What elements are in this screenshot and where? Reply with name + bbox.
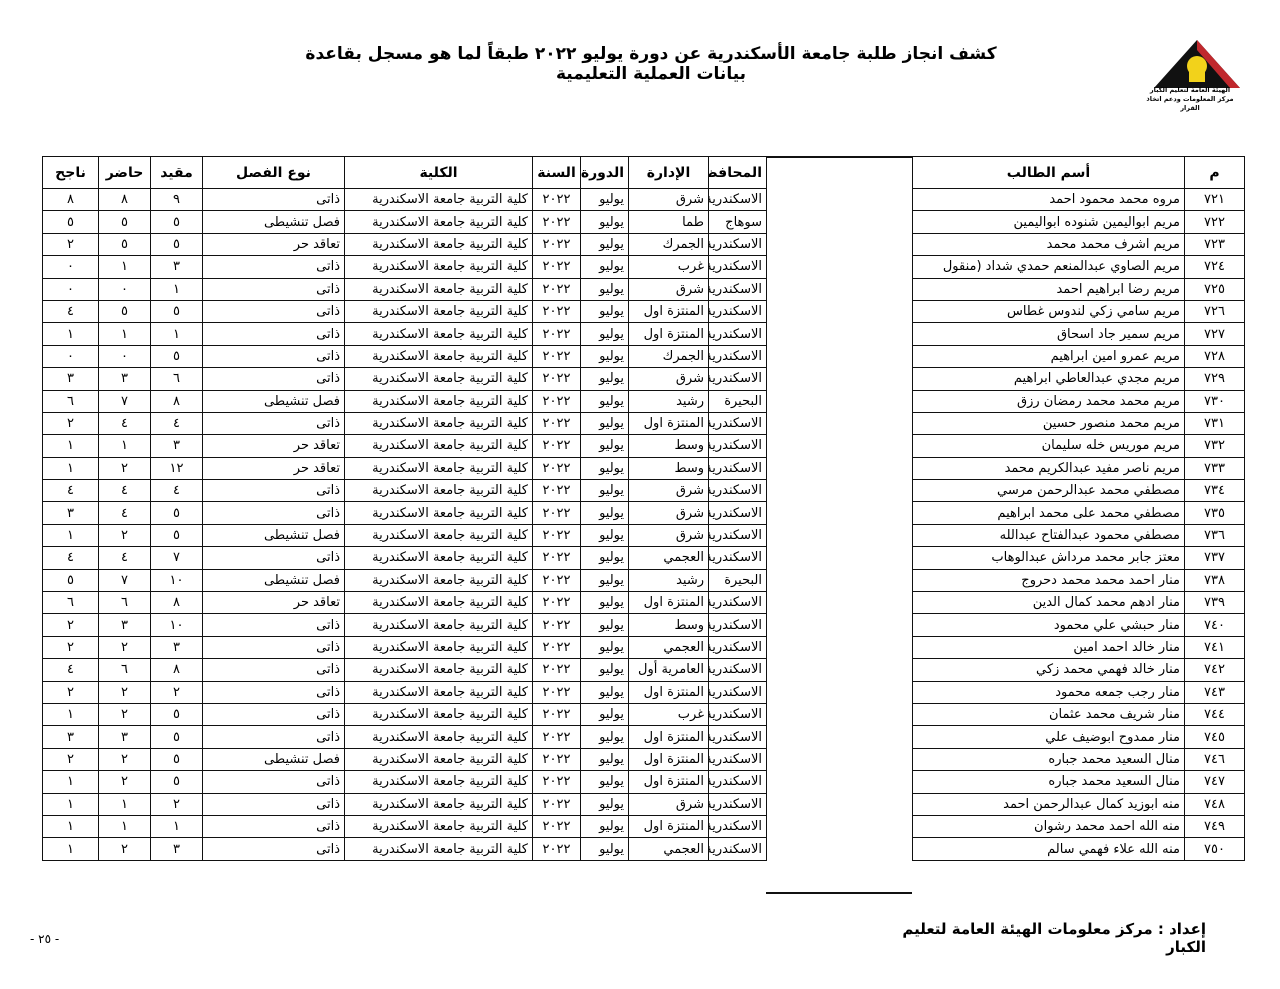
year-cell: ٢٠٢٢ [533,592,581,614]
enrolled-cell: ٤ [151,412,203,434]
year-cell: ٢٠٢٢ [533,726,581,748]
row-index: ٧٤٥ [1185,726,1245,748]
student-name: منار حبشي علي محمود [913,614,1185,636]
table-row: الاسكندريةالعجمييوليو٢٠٢٢كلية التربية جا… [43,636,767,658]
passed-cell: ٤ [43,547,99,569]
cycle-cell: يوليو [581,659,629,681]
passed-cell: ١ [43,703,99,725]
cycle-cell: يوليو [581,368,629,390]
table-row: الاسكندريةالمنتزة اوليوليو٢٠٢٢كلية الترب… [43,412,767,434]
table-row: ٧٣١مريم محمد منصور حسين [913,412,1245,434]
present-cell: ٧ [99,569,151,591]
table-row: ٧٣٤مصطفي محمد عبدالرحمن مرسي [913,480,1245,502]
cycle-cell: يوليو [581,189,629,211]
enrolled-cell: ٩ [151,189,203,211]
governorate-cell: الاسكندرية [709,278,767,300]
cycle-cell: يوليو [581,524,629,546]
passed-cell: ٠ [43,278,99,300]
governorate-cell: الاسكندرية [709,703,767,725]
governorate-cell: الاسكندرية [709,457,767,479]
present-cell: ١ [99,323,151,345]
enrolled-cell: ٨ [151,592,203,614]
year-cell: ٢٠٢٢ [533,793,581,815]
table-row: الاسكندريةالمنتزة اوليوليو٢٠٢٢كلية الترب… [43,592,767,614]
row-index: ٧٣١ [1185,412,1245,434]
class-type-cell: ذاتى [203,189,345,211]
governorate-cell: الاسكندرية [709,636,767,658]
table-row: ٧٢٨مريم عمرو امين ابراهيم [913,345,1245,367]
present-cell: ٧ [99,390,151,412]
cycle-cell: يوليو [581,815,629,837]
class-type-cell: ذاتى [203,771,345,793]
student-name: مروه محمد محمود احمد [913,189,1185,211]
table-row: ٧٤٩منه الله احمد محمد رشوان [913,815,1245,837]
governorate-cell: الاسكندرية [709,659,767,681]
enrolled-cell: ٨ [151,659,203,681]
administration-cell: الجمرك [629,233,709,255]
present-cell: ٣ [99,368,151,390]
table-row: ٧٣٣مريم ناصر مفيد عبدالكريم محمد [913,457,1245,479]
student-name: منه الله علاء فهمي سالم [913,838,1185,860]
table-row: ٧٤٣منار رجب جمعه محمود [913,681,1245,703]
enrolled-cell: ٣ [151,435,203,457]
class-type-cell: فصل تنشيطى [203,390,345,412]
present-cell: ٣ [99,614,151,636]
enrolled-cell: ٦ [151,368,203,390]
table-row: ٧٣٩منار ادهم محمد كمال الدين [913,592,1245,614]
passed-cell: ٣ [43,502,99,524]
cycle-cell: يوليو [581,681,629,703]
year-cell: ٢٠٢٢ [533,457,581,479]
table-row: الاسكندريةغربيوليو٢٠٢٢كلية التربية جامعة… [43,703,767,725]
passed-cell: ١ [43,838,99,860]
student-name: مريم سمير جاد اسحاق [913,323,1185,345]
administration-cell: شرق [629,189,709,211]
header-administration: الإدارة [629,157,709,189]
row-index: ٧٣٢ [1185,435,1245,457]
year-cell: ٢٠٢٢ [533,233,581,255]
passed-cell: ٥ [43,569,99,591]
year-cell: ٢٠٢٢ [533,368,581,390]
passed-cell: ٥ [43,211,99,233]
administration-cell: الجمرك [629,345,709,367]
table-row: الاسكندريةشرقيوليو٢٠٢٢كلية التربية جامعة… [43,189,767,211]
year-cell: ٢٠٢٢ [533,390,581,412]
governorate-cell: الاسكندرية [709,592,767,614]
enrolled-cell: ٣ [151,636,203,658]
administration-cell: العجمي [629,636,709,658]
cycle-cell: يوليو [581,748,629,770]
passed-cell: ٤ [43,480,99,502]
cycle-cell: يوليو [581,838,629,860]
cycle-cell: يوليو [581,300,629,322]
present-cell: ٢ [99,838,151,860]
table-row: ٧٢٤مريم الصاوي عبدالمنعم حمدي شداد (منقو… [913,256,1245,278]
row-index: ٧٤٨ [1185,793,1245,815]
administration-cell: شرق [629,793,709,815]
table-row: ٧٣٦مصطفي محمود عبدالفتاح عبدالله [913,524,1245,546]
administration-cell: المنتزة اول [629,771,709,793]
enrolled-cell: ٥ [151,524,203,546]
student-name: مريم مجدي عبدالعاطي ابراهيم [913,368,1185,390]
year-cell: ٢٠٢٢ [533,524,581,546]
governorate-cell: الاسكندرية [709,256,767,278]
college-cell: كلية التربية جامعة الاسكندرية [345,748,533,770]
table-row: ٧٥٠منه الله علاء فهمي سالم [913,838,1245,860]
passed-cell: ٢ [43,636,99,658]
enrolled-cell: ٢ [151,793,203,815]
cycle-cell: يوليو [581,592,629,614]
class-type-cell: ذاتى [203,838,345,860]
cycle-cell: يوليو [581,726,629,748]
class-type-cell: ذاتى [203,412,345,434]
year-cell: ٢٠٢٢ [533,345,581,367]
header-student-name: أسم الطالب [913,157,1185,189]
row-index: ٧٢٤ [1185,256,1245,278]
cycle-cell: يوليو [581,278,629,300]
table-row: ٧٢٧مريم سمير جاد اسحاق [913,323,1245,345]
governorate-cell: الاسكندرية [709,748,767,770]
college-cell: كلية التربية جامعة الاسكندرية [345,368,533,390]
enrolled-cell: ٥ [151,771,203,793]
student-name: مريم ابواليمين شنوده ابواليمين [913,211,1185,233]
logo-caption: الهيئة العامة لتعليم الكبار مركز المعلوم… [1140,86,1240,113]
passed-cell: ١ [43,815,99,837]
row-index: ٧٣٨ [1185,569,1245,591]
class-type-cell: ذاتى [203,278,345,300]
college-cell: كلية التربية جامعة الاسكندرية [345,838,533,860]
year-cell: ٢٠٢٢ [533,278,581,300]
table-row: الاسكندريةالمنتزة اوليوليو٢٠٢٢كلية الترب… [43,323,767,345]
table-row: البحيرةرشيديوليو٢٠٢٢كلية التربية جامعة ا… [43,569,767,591]
header-governorate: المحافظة [709,157,767,189]
class-type-cell: ذاتى [203,614,345,636]
row-index: ٧٣٩ [1185,592,1245,614]
table-row: الاسكندريةشرقيوليو٢٠٢٢كلية التربية جامعة… [43,278,767,300]
class-type-cell: ذاتى [203,793,345,815]
table-row: الاسكندريةالجمركيوليو٢٠٢٢كلية التربية جا… [43,345,767,367]
year-cell: ٢٠٢٢ [533,300,581,322]
cycle-cell: يوليو [581,614,629,636]
college-cell: كلية التربية جامعة الاسكندرية [345,278,533,300]
table-row: الاسكندريةالمنتزة اوليوليو٢٠٢٢كلية الترب… [43,681,767,703]
college-cell: كلية التربية جامعة الاسكندرية [345,256,533,278]
governorate-cell: الاسكندرية [709,681,767,703]
college-cell: كلية التربية جامعة الاسكندرية [345,726,533,748]
student-name: منار شريف محمد عثمان [913,703,1185,725]
cycle-cell: يوليو [581,457,629,479]
table-row: الاسكندريةشرقيوليو٢٠٢٢كلية التربية جامعة… [43,368,767,390]
governorate-cell: الاسكندرية [709,502,767,524]
cycle-cell: يوليو [581,390,629,412]
college-cell: كلية التربية جامعة الاسكندرية [345,457,533,479]
class-type-cell: فصل تنشيطى [203,748,345,770]
passed-cell: ٢ [43,681,99,703]
enrolled-cell: ٥ [151,502,203,524]
governorate-cell: الاسكندرية [709,345,767,367]
table-row: ٧٤٢منار خالد فهمي محمد زكي [913,659,1245,681]
row-index: ٧٢٧ [1185,323,1245,345]
class-type-cell: ذاتى [203,502,345,524]
present-cell: ٠ [99,345,151,367]
header-index: م [1185,157,1245,189]
table-row: الاسكندريةوسطيوليو٢٠٢٢كلية التربية جامعة… [43,614,767,636]
administration-cell: المنتزة اول [629,300,709,322]
header-year: السنة [533,157,581,189]
student-name: معتز جابر محمد مرداش عبدالوهاب [913,547,1185,569]
passed-cell: ١ [43,323,99,345]
row-index: ٧٤٢ [1185,659,1245,681]
table-row: الاسكندريةالعجمييوليو٢٠٢٢كلية التربية جا… [43,547,767,569]
college-cell: كلية التربية جامعة الاسكندرية [345,659,533,681]
administration-cell: شرق [629,524,709,546]
class-type-cell: ذاتى [203,323,345,345]
student-name: مصطفي محمد على محمد ابراهيم [913,502,1185,524]
year-cell: ٢٠٢٢ [533,771,581,793]
year-cell: ٢٠٢٢ [533,480,581,502]
class-type-cell: تعاقد حر [203,592,345,614]
present-cell: ٢ [99,703,151,725]
present-cell: ١ [99,815,151,837]
present-cell: ٤ [99,480,151,502]
year-cell: ٢٠٢٢ [533,703,581,725]
cycle-cell: يوليو [581,793,629,815]
present-cell: ٤ [99,547,151,569]
administration-cell: العجمي [629,547,709,569]
governorate-cell: البحيرة [709,569,767,591]
row-index: ٧٣٦ [1185,524,1245,546]
class-type-cell: ذاتى [203,480,345,502]
row-index: ٧٤٧ [1185,771,1245,793]
governorate-cell: الاسكندرية [709,189,767,211]
student-name: مريم محمد منصور حسين [913,412,1185,434]
students-table: م أسم الطالب ٧٢١مروه محمد محمود احمد٧٢٢م… [912,156,1245,861]
student-name: مريم موريس خله سليمان [913,435,1185,457]
cycle-cell: يوليو [581,480,629,502]
row-index: ٧٢٣ [1185,233,1245,255]
table-row: الاسكندريةالمنتزة اوليوليو٢٠٢٢كلية الترب… [43,815,767,837]
year-cell: ٢٠٢٢ [533,815,581,837]
governorate-cell: الاسكندرية [709,435,767,457]
class-type-cell: ذاتى [203,815,345,837]
administration-cell: المنتزة اول [629,748,709,770]
class-type-cell: تعاقد حر [203,457,345,479]
year-cell: ٢٠٢٢ [533,502,581,524]
header-class-type: نوع الفصل [203,157,345,189]
row-index: ٧٤٠ [1185,614,1245,636]
class-type-cell: ذاتى [203,345,345,367]
table-row: ٧٢٢مريم ابواليمين شنوده ابواليمين [913,211,1245,233]
year-cell: ٢٠٢٢ [533,569,581,591]
cycle-cell: يوليو [581,502,629,524]
passed-cell: ٦ [43,592,99,614]
passed-cell: ١ [43,771,99,793]
row-index: ٧٣٧ [1185,547,1245,569]
present-cell: ٤ [99,502,151,524]
college-cell: كلية التربية جامعة الاسكندرية [345,390,533,412]
administration-cell: العجمي [629,838,709,860]
enrolled-cell: ١٠ [151,569,203,591]
present-cell: ٥ [99,233,151,255]
present-cell: ١ [99,256,151,278]
governorate-cell: سوهاج [709,211,767,233]
year-cell: ٢٠٢٢ [533,323,581,345]
administration-cell: طما [629,211,709,233]
class-type-cell: ذاتى [203,256,345,278]
enrolled-cell: ٥ [151,233,203,255]
student-name: منار خالد فهمي محمد زكي [913,659,1185,681]
enrolled-cell: ١ [151,323,203,345]
table-row: الاسكندريةغربيوليو٢٠٢٢كلية التربية جامعة… [43,256,767,278]
administration-cell: المنتزة اول [629,592,709,614]
administration-cell: رشيد [629,569,709,591]
class-type-cell: ذاتى [203,726,345,748]
passed-cell: ١ [43,435,99,457]
class-type-cell: ذاتى [203,368,345,390]
passed-cell: ٢ [43,233,99,255]
present-cell: ٢ [99,771,151,793]
present-cell: ٢ [99,748,151,770]
table-row: ٧٤٦منال السعيد محمد جباره [913,748,1245,770]
class-type-cell: ذاتى [203,659,345,681]
administration-cell: المنتزة اول [629,681,709,703]
college-cell: كلية التربية جامعة الاسكندرية [345,524,533,546]
class-type-cell: ذاتى [203,300,345,322]
year-cell: ٢٠٢٢ [533,748,581,770]
passed-cell: ٠ [43,256,99,278]
passed-cell: ٢ [43,412,99,434]
row-index: ٧٥٠ [1185,838,1245,860]
cycle-cell: يوليو [581,569,629,591]
row-index: ٧٢٨ [1185,345,1245,367]
college-cell: كلية التربية جامعة الاسكندرية [345,300,533,322]
class-type-cell: ذاتى [203,636,345,658]
administration-cell: وسط [629,457,709,479]
class-type-cell: فصل تنشيطى [203,524,345,546]
enrolled-cell: ٧ [151,547,203,569]
table-row: ٧٤٨منه ابوزيد كمال عبدالرحمن احمد [913,793,1245,815]
administration-cell: المنتزة اول [629,726,709,748]
row-index: ٧٤٣ [1185,681,1245,703]
administration-cell: رشيد [629,390,709,412]
enrolled-cell: ١٢ [151,457,203,479]
passed-cell: ١ [43,524,99,546]
college-cell: كلية التربية جامعة الاسكندرية [345,614,533,636]
class-type-cell: ذاتى [203,547,345,569]
college-cell: كلية التربية جامعة الاسكندرية [345,480,533,502]
row-index: ٧٤١ [1185,636,1245,658]
student-name: منار ادهم محمد كمال الدين [913,592,1185,614]
row-index: ٧٤٩ [1185,815,1245,837]
year-cell: ٢٠٢٢ [533,681,581,703]
present-cell: ٣ [99,726,151,748]
cycle-cell: يوليو [581,256,629,278]
student-name: منار احمد محمد محمد دحروج [913,569,1185,591]
student-name: مريم اشرف محمد محمد [913,233,1185,255]
enrolled-cell: ٥ [151,211,203,233]
student-name: مريم ناصر مفيد عبدالكريم محمد [913,457,1185,479]
page-title: كشف انجاز طلبة جامعة الأسكندرية عن دورة … [280,44,1022,84]
year-cell: ٢٠٢٢ [533,189,581,211]
college-cell: كلية التربية جامعة الاسكندرية [345,592,533,614]
cycle-cell: يوليو [581,233,629,255]
header-cycle: الدورة [581,157,629,189]
college-cell: كلية التربية جامعة الاسكندرية [345,636,533,658]
governorate-cell: الاسكندرية [709,524,767,546]
enrolled-cell: ٥ [151,345,203,367]
student-name: مصطفي محمد عبدالرحمن مرسي [913,480,1185,502]
year-cell: ٢٠٢٢ [533,547,581,569]
college-cell: كلية التربية جامعة الاسكندرية [345,412,533,434]
enrolled-cell: ١٠ [151,614,203,636]
student-name: منار خالد احمد امين [913,636,1185,658]
class-type-cell: ذاتى [203,681,345,703]
administration-cell: شرق [629,502,709,524]
governorate-cell: الاسكندرية [709,300,767,322]
present-cell: ٨ [99,189,151,211]
administration-cell: شرق [629,368,709,390]
administration-cell: شرق [629,480,709,502]
header-passed: ناجح [43,157,99,189]
administration-cell: شرق [629,278,709,300]
class-type-cell: فصل تنشيطى [203,569,345,591]
table-row: ٧٤٥منار ممدوح ابوضيف علي [913,726,1245,748]
college-cell: كلية التربية جامعة الاسكندرية [345,771,533,793]
table-row: ٧٢٦مريم سامي زكي لندوس غطاس [913,300,1245,322]
table-row: ٧٣٥مصطفي محمد على محمد ابراهيم [913,502,1245,524]
governorate-cell: الاسكندرية [709,838,767,860]
present-cell: ٤ [99,412,151,434]
table-row: الاسكندريةشرقيوليو٢٠٢٢كلية التربية جامعة… [43,524,767,546]
row-index: ٧٢٢ [1185,211,1245,233]
present-cell: ٢ [99,524,151,546]
cycle-cell: يوليو [581,547,629,569]
year-cell: ٢٠٢٢ [533,256,581,278]
student-name: مريم سامي زكي لندوس غطاس [913,300,1185,322]
college-cell: كلية التربية جامعة الاسكندرية [345,345,533,367]
year-cell: ٢٠٢٢ [533,659,581,681]
governorate-cell: الاسكندرية [709,547,767,569]
cycle-cell: يوليو [581,323,629,345]
table-row: ٧٣٨منار احمد محمد محمد دحروج [913,569,1245,591]
year-cell: ٢٠٢٢ [533,636,581,658]
footer-credit: إعداد : مركز معلومات الهيئة العامة لتعلي… [870,920,1206,956]
table-row: الاسكندريةوسطيوليو٢٠٢٢كلية التربية جامعة… [43,457,767,479]
row-index: ٧٣٣ [1185,457,1245,479]
table-row: ٧٢٣مريم اشرف محمد محمد [913,233,1245,255]
year-cell: ٢٠٢٢ [533,211,581,233]
passed-cell: ١ [43,457,99,479]
governorate-cell: الاسكندرية [709,815,767,837]
passed-cell: ٠ [43,345,99,367]
table-row: ٧٣٧معتز جابر محمد مرداش عبدالوهاب [913,547,1245,569]
table-row: البحيرةرشيديوليو٢٠٢٢كلية التربية جامعة ا… [43,390,767,412]
student-name: مريم عمرو امين ابراهيم [913,345,1185,367]
college-cell: كلية التربية جامعة الاسكندرية [345,793,533,815]
student-name: منار ممدوح ابوضيف علي [913,726,1185,748]
student-name: مريم الصاوي عبدالمنعم حمدي شداد (منقول [913,256,1185,278]
cycle-cell: يوليو [581,636,629,658]
year-cell: ٢٠٢٢ [533,412,581,434]
student-name: منال السعيد محمد جباره [913,771,1185,793]
administration-cell: المنتزة اول [629,323,709,345]
student-name: منال السعيد محمد جباره [913,748,1185,770]
administration-cell: غرب [629,703,709,725]
header-present: حاضر [99,157,151,189]
row-index: ٧٣٥ [1185,502,1245,524]
college-cell: كلية التربية جامعة الاسكندرية [345,233,533,255]
table-row: الاسكندريةالعامرية أوليوليو٢٠٢٢كلية التر… [43,659,767,681]
